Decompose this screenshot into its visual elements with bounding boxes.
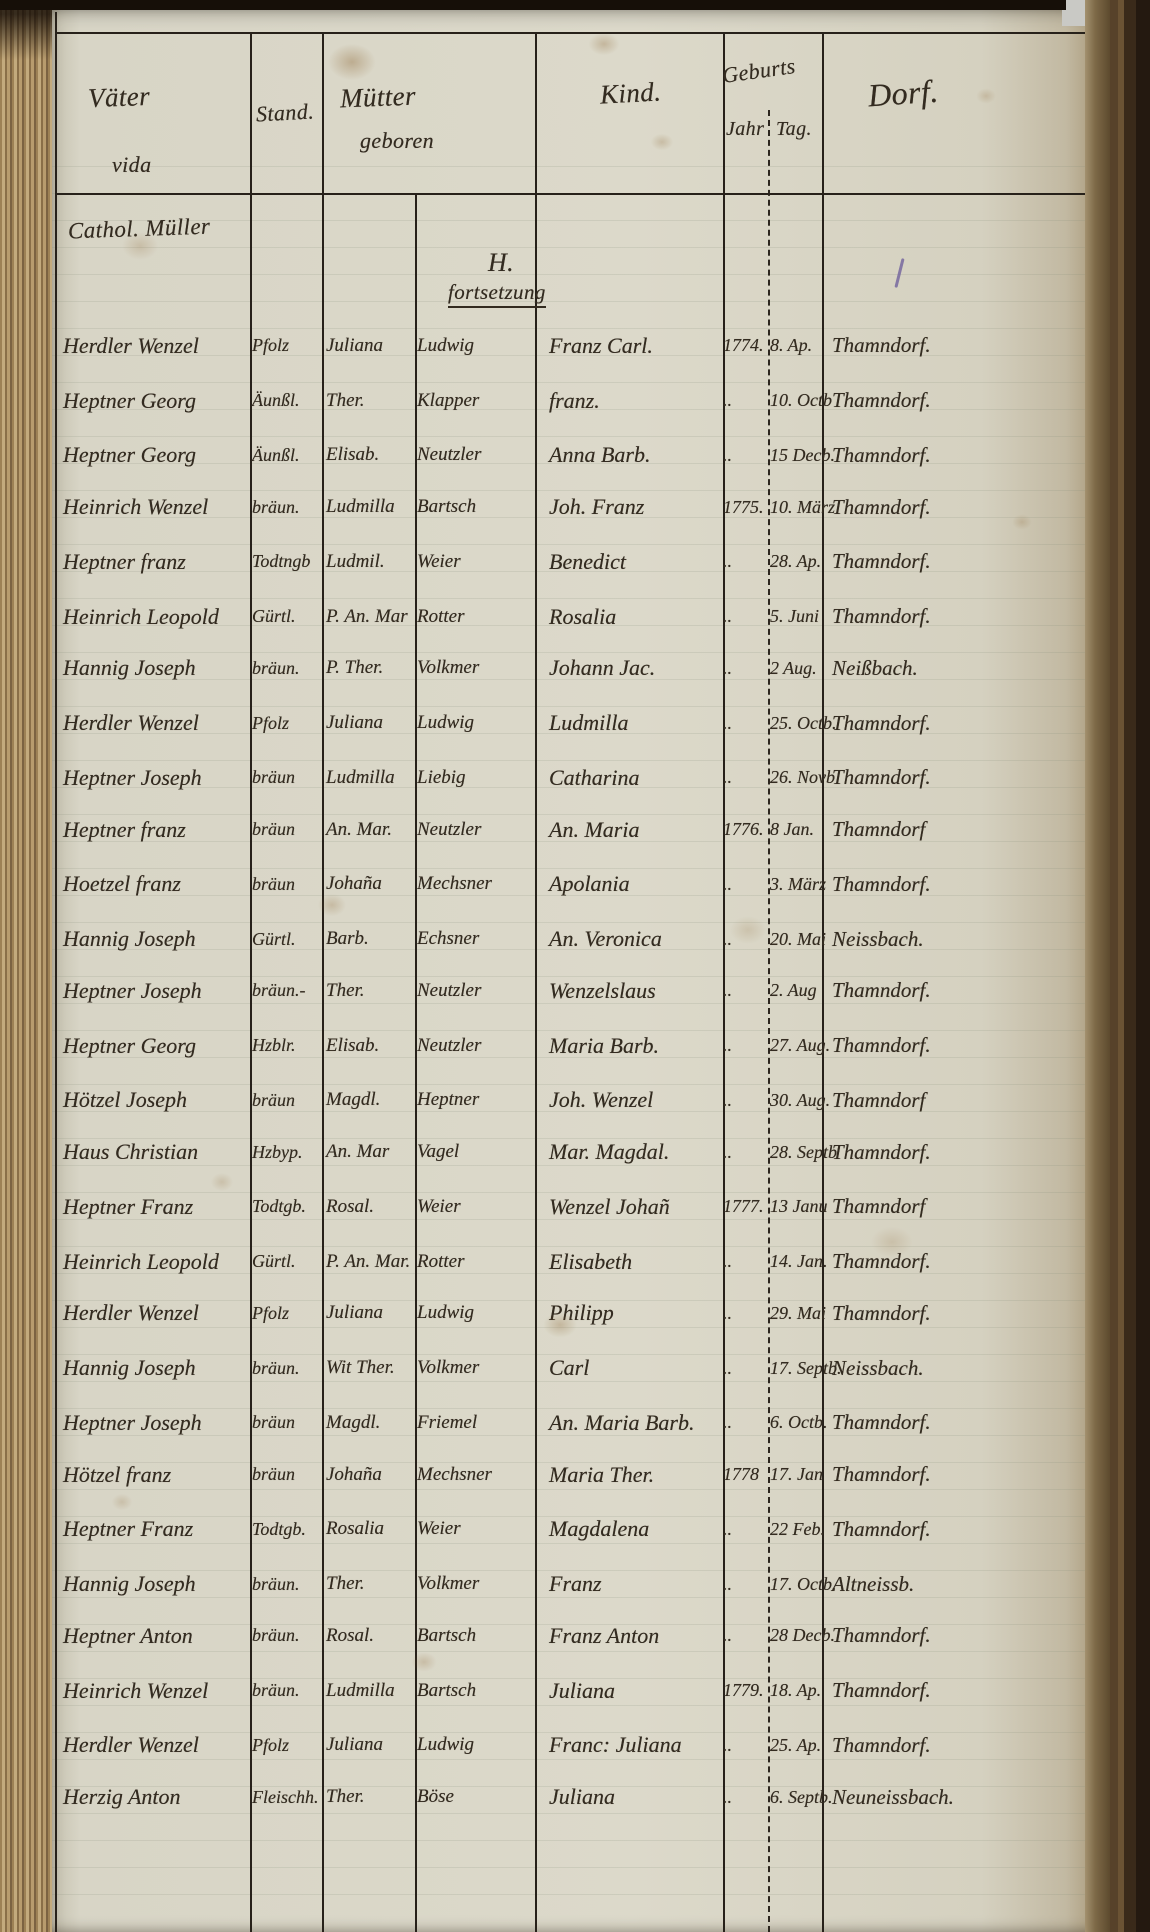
cell-mother_given: Rosalia xyxy=(322,1518,415,1540)
cell-village: Thamndorf. xyxy=(822,711,1085,736)
cell-village: Thamndorf. xyxy=(822,765,1085,790)
cell-mother_given: Rosal. xyxy=(322,1196,415,1218)
cell-stand: Pfolz xyxy=(250,335,322,356)
cell-day: 26. Novb xyxy=(768,767,822,788)
cell-mother_given: Rosal. xyxy=(322,1625,415,1647)
cell-mother_maiden: Bartsch xyxy=(415,1625,535,1647)
cell-child: Magdalena xyxy=(535,1516,723,1542)
cell-stand: bräun xyxy=(250,819,322,840)
register-row: Herdler WenzelPfolzJulianaLudwigFranc: J… xyxy=(55,1719,1085,1773)
cell-father: Herdler Wenzel xyxy=(55,710,250,736)
cell-village: Thamndorf xyxy=(822,817,1085,842)
cell-year: 1779. xyxy=(723,1680,768,1701)
cell-stand: Äunßl. xyxy=(250,445,322,466)
cell-year: .. xyxy=(723,929,768,950)
cell-child: An. Maria xyxy=(535,817,723,843)
register-row: Heptner franzTodtngbLudmil.WeierBenedict… xyxy=(55,535,1085,589)
register-row: Herdler WenzelPfolzJulianaLudwigPhilipp.… xyxy=(55,1287,1085,1341)
cell-year: .. xyxy=(723,1787,768,1808)
cell-mother_given: Magdl. xyxy=(322,1412,415,1434)
cell-stand: Todtgb. xyxy=(250,1196,322,1217)
register-rows: Herdler WenzelPfolzJulianaLudwigFranz Ca… xyxy=(55,320,1085,1825)
cell-father: Heptner Anton xyxy=(55,1623,250,1649)
cell-child: Wenzel Johañ xyxy=(535,1194,723,1220)
cell-day: 18. Ap. xyxy=(768,1680,822,1701)
cell-mother_given: An. Mar. xyxy=(322,819,415,841)
register-row: Hannig Josephbräun.Wit Ther.VolkmerCarl.… xyxy=(55,1341,1085,1395)
cell-father: Hoetzel franz xyxy=(55,871,250,897)
cell-father: Hötzel franz xyxy=(55,1462,250,1488)
register-row: Heptner GeorgÄunßl.Ther.Klapperfranz...1… xyxy=(55,374,1085,428)
cell-mother_maiden: Neutzler xyxy=(415,819,535,841)
cell-mother_maiden: Bartsch xyxy=(415,496,535,518)
cell-mother_maiden: Neutzler xyxy=(415,980,535,1002)
cell-village: Thamndorf. xyxy=(822,872,1085,897)
cell-father: Heptner franz xyxy=(55,549,250,575)
cell-child: Ludmilla xyxy=(535,710,723,736)
cell-child: Joh. Franz xyxy=(535,494,723,520)
cell-mother_maiden: Echsner xyxy=(415,928,535,950)
header-father: Väter xyxy=(87,81,150,114)
register-row: Hötzel franzbräunJohañaMechsnerMaria The… xyxy=(55,1448,1085,1502)
cell-child: Maria Barb. xyxy=(535,1033,723,1059)
cell-village: Neissbach. xyxy=(822,1356,1085,1381)
cell-stand: Pfolz xyxy=(250,1303,322,1324)
cell-day: 22 Feb. xyxy=(768,1519,822,1540)
cell-father: Heinrich Wenzel xyxy=(55,1678,250,1704)
register-row: Hannig Josephbräun.Ther.VolkmerFranz..17… xyxy=(55,1557,1085,1611)
cell-child: Elisabeth xyxy=(535,1249,723,1275)
cell-village: Thamndorf. xyxy=(822,1462,1085,1487)
cell-child: An. Maria Barb. xyxy=(535,1410,723,1436)
cell-father: Herdler Wenzel xyxy=(55,1732,250,1758)
cell-day: 10. März xyxy=(768,497,822,518)
cell-child: Franz xyxy=(535,1571,723,1597)
register-row: Hoetzel franzbräunJohañaMechsnerApolania… xyxy=(55,858,1085,912)
register-row: Herzig AntonFleischh.Ther.BöseJuliana..6… xyxy=(55,1770,1085,1824)
cell-stand: Fleischh. xyxy=(250,1787,322,1808)
cell-day: 2. Aug xyxy=(768,980,822,1001)
cell-day: 20. Mai xyxy=(768,929,822,950)
cell-day: 8. Ap. xyxy=(768,335,822,356)
cell-father: Heptner Georg xyxy=(55,1033,250,1059)
book-binding xyxy=(1110,0,1150,1932)
cell-stand: bräun xyxy=(250,874,322,895)
register-row: Hannig JosephGürtl.Barb.EchsnerAn. Veron… xyxy=(55,912,1085,966)
cell-mother_given: Juliana xyxy=(322,1302,415,1324)
cell-mother_maiden: Böse xyxy=(415,1786,535,1808)
cell-child: Catharina xyxy=(535,765,723,791)
cell-father: Heptner Joseph xyxy=(55,978,250,1004)
register-row: Heinrich LeopoldGürtl.P. An. MarRotterRo… xyxy=(55,590,1085,644)
cell-father: Heptner franz xyxy=(55,817,250,843)
cell-year: .. xyxy=(723,1358,768,1379)
cell-child: Philipp xyxy=(535,1300,723,1326)
register-row: Herdler WenzelPfolzJulianaLudwigFranz Ca… xyxy=(55,319,1085,373)
cell-village: Thamndorf. xyxy=(822,388,1085,413)
cell-stand: Gürtl. xyxy=(250,606,322,627)
cell-mother_given: Juliana xyxy=(322,1734,415,1756)
cell-village: Thamndorf. xyxy=(822,333,1085,358)
cell-father: Heptner Georg xyxy=(55,388,250,414)
scanned-register-page: Väter vida Stand. Mütter geboren Kind. G… xyxy=(0,0,1150,1932)
cell-village: Thamndorf. xyxy=(822,1517,1085,1542)
cell-mother_given: Johaña xyxy=(322,873,415,895)
cell-day: 6. Octb. xyxy=(768,1412,822,1433)
cell-year: .. xyxy=(723,1519,768,1540)
cell-year: .. xyxy=(723,445,768,466)
register-row: Heptner JosephbräunLudmillaLiebigCathari… xyxy=(55,751,1085,805)
cell-child: Franc: Juliana xyxy=(535,1732,723,1758)
cell-father: Herdler Wenzel xyxy=(55,333,250,359)
register-row: Heptner JosephbräunMagdl.FriemelAn. Mari… xyxy=(55,1396,1085,1450)
cell-village: Thamndorf. xyxy=(822,1733,1085,1758)
register-row: Heptner Antonbräun.Rosal.BartschFranz An… xyxy=(55,1609,1085,1663)
cell-mother_maiden: Rotter xyxy=(415,606,535,628)
cell-child: Juliana xyxy=(535,1678,723,1704)
cell-day: 17. Octb. xyxy=(768,1574,822,1595)
register-row: Haus ChristianHzbyp.An. MarVagelMar. Mag… xyxy=(55,1125,1085,1179)
register-row: Heinrich Wenzelbräun.LudmillaBartschJoh.… xyxy=(55,480,1085,534)
cell-father: Heptner Joseph xyxy=(55,765,250,791)
cell-village: Thamndorf. xyxy=(822,978,1085,1003)
cell-father: Hannig Joseph xyxy=(55,1355,250,1381)
cell-mother_given: Johaña xyxy=(322,1464,415,1486)
cell-father: Herdler Wenzel xyxy=(55,1300,250,1326)
cell-year: 1774. xyxy=(723,335,768,356)
cell-stand: bräun xyxy=(250,767,322,788)
cell-year: .. xyxy=(723,390,768,411)
cell-father: Heinrich Leopold xyxy=(55,604,250,630)
register-row: Heinrich Wenzelbräun.LudmillaBartschJuli… xyxy=(55,1664,1085,1718)
cell-mother_given: P. An. Mar. xyxy=(322,1251,415,1273)
cell-mother_given: Ludmil. xyxy=(322,551,415,573)
header-mother-sub: geboren xyxy=(360,128,434,154)
register-row: Heptner FranzTodtgb.RosaliaWeierMagdalen… xyxy=(55,1503,1085,1557)
cell-year: .. xyxy=(723,980,768,1001)
cell-mother_given: P. Ther. xyxy=(322,657,415,679)
cell-village: Thamndorf. xyxy=(822,1140,1085,1165)
cell-stand: bräun xyxy=(250,1090,322,1111)
cell-stand: bräun. xyxy=(250,1625,322,1646)
cell-stand: bräun xyxy=(250,1464,322,1485)
cell-child: Benedict xyxy=(535,549,723,575)
cell-father: Heptner Georg xyxy=(55,442,250,468)
cell-year: 1777. xyxy=(723,1196,768,1217)
cell-father: Herzig Anton xyxy=(55,1784,250,1810)
register-row: Herdler WenzelPfolzJulianaLudwigLudmilla… xyxy=(55,696,1085,750)
cell-year: 1776. xyxy=(723,819,768,840)
cell-father: Hannig Joseph xyxy=(55,1571,250,1597)
header-stand: Stand. xyxy=(255,98,314,127)
cell-stand: Todtgb. xyxy=(250,1519,322,1540)
cell-stand: Todtngb xyxy=(250,551,322,572)
cell-village: Altneissb. xyxy=(822,1572,1085,1597)
cell-year: .. xyxy=(723,1251,768,1272)
register-row: Heptner GeorgHzblr.Elisab.NeutzlerMaria … xyxy=(55,1019,1085,1073)
cell-stand: Hzblr. xyxy=(250,1035,322,1056)
cell-mother_given: Magdl. xyxy=(322,1089,415,1111)
cell-mother_given: Elisab. xyxy=(322,1035,415,1057)
cell-day: 25. Octb. xyxy=(768,713,822,734)
cell-father: Heinrich Leopold xyxy=(55,1249,250,1275)
cell-mother_maiden: Ludwig xyxy=(415,1302,535,1324)
cell-father: Hötzel Joseph xyxy=(55,1087,250,1113)
register-row: Hötzel JosephbräunMagdl.HeptnerJoh. Wenz… xyxy=(55,1074,1085,1128)
cell-year: .. xyxy=(723,1303,768,1324)
cell-mother_maiden: Heptner xyxy=(415,1089,535,1111)
cell-father: Heinrich Wenzel xyxy=(55,494,250,520)
cell-day: 14. Jan. xyxy=(768,1251,822,1272)
cell-mother_maiden: Liebig xyxy=(415,767,535,789)
cell-village: Thamndorf xyxy=(822,1088,1085,1113)
header-child: Kind. xyxy=(599,76,662,110)
cell-day: 25. Ap. xyxy=(768,1735,822,1756)
cell-mother_maiden: Volkmer xyxy=(415,657,535,679)
cell-village: Thamndorf. xyxy=(822,604,1085,629)
register-row: Heptner franzbräunAn. Mar.NeutzlerAn. Ma… xyxy=(55,803,1085,857)
cell-stand: bräun.- xyxy=(250,980,322,1001)
cell-child: franz. xyxy=(535,388,723,414)
cell-day: 17. Jan xyxy=(768,1464,822,1485)
cell-child: Maria Ther. xyxy=(535,1462,723,1488)
cell-stand: Gürtl. xyxy=(250,929,322,950)
cell-village: Thamndorf xyxy=(822,1194,1085,1219)
cell-child: Franz Anton xyxy=(535,1623,723,1649)
cell-day: 8 Jan. xyxy=(768,819,822,840)
cell-day: 30. Aug. xyxy=(768,1090,822,1111)
cell-mother_maiden: Klapper xyxy=(415,390,535,412)
cell-day: 28. Ap. xyxy=(768,551,822,572)
cell-year: .. xyxy=(723,606,768,627)
cell-mother_maiden: Vagel xyxy=(415,1141,535,1163)
cell-year: .. xyxy=(723,1412,768,1433)
cell-child: An. Veronica xyxy=(535,926,723,952)
cell-mother_given: Barb. xyxy=(322,928,415,950)
cell-stand: Hzbyp. xyxy=(250,1142,322,1163)
cell-stand: Äunßl. xyxy=(250,390,322,411)
register-row: Heinrich LeopoldGürtl.P. An. Mar.RotterE… xyxy=(55,1235,1085,1289)
cell-father: Haus Christian xyxy=(55,1139,250,1165)
cell-stand: bräun xyxy=(250,1412,322,1433)
cell-village: Neuneissbach. xyxy=(822,1785,1085,1810)
cell-year: .. xyxy=(723,1625,768,1646)
header-village: Dorf. xyxy=(867,73,940,115)
table-line-top xyxy=(55,32,1085,34)
cell-mother_maiden: Neutzler xyxy=(415,444,535,466)
cell-child: Rosalia xyxy=(535,604,723,630)
cell-mother_maiden: Friemel xyxy=(415,1412,535,1434)
cell-father: Hannig Joseph xyxy=(55,926,250,952)
cell-day: 15 Decb. xyxy=(768,445,822,466)
cell-village: Thamndorf. xyxy=(822,549,1085,574)
cell-stand: bräun. xyxy=(250,497,322,518)
cell-mother_given: P. An. Mar xyxy=(322,606,415,628)
cell-child: Carl xyxy=(535,1355,723,1381)
cell-village: Thamndorf. xyxy=(822,1301,1085,1326)
register-row: Heptner FranzTodtgb.Rosal.WeierWenzel Jo… xyxy=(55,1180,1085,1234)
cell-year: 1775. xyxy=(723,497,768,518)
cell-mother_maiden: Volkmer xyxy=(415,1573,535,1595)
cell-mother_maiden: Mechsner xyxy=(415,1464,535,1486)
cell-day: 17. Septb. xyxy=(768,1358,822,1379)
section-center-continuation: fortsetzung xyxy=(448,280,546,308)
cell-village: Thamndorf. xyxy=(822,443,1085,468)
cell-stand: bräun. xyxy=(250,1574,322,1595)
cell-day: 27. Aug. xyxy=(768,1035,822,1056)
header-birth-year: Jahr xyxy=(726,118,764,141)
cell-child: Juliana xyxy=(535,1784,723,1810)
register-row: Heptner GeorgÄunßl.Elisab.NeutzlerAnna B… xyxy=(55,429,1085,483)
cell-mother_given: Ludmilla xyxy=(322,496,415,518)
cell-mother_given: Ludmilla xyxy=(322,767,415,789)
cell-child: Joh. Wenzel xyxy=(535,1087,723,1113)
page-top-shadow xyxy=(0,0,1066,10)
page-curl-edge xyxy=(1085,0,1110,1932)
cell-village: Thamndorf. xyxy=(822,1678,1085,1703)
cell-mother_given: Wit Ther. xyxy=(322,1357,415,1379)
cell-day: 3. März xyxy=(768,874,822,895)
cell-year: .. xyxy=(723,551,768,572)
cell-mother_maiden: Weier xyxy=(415,1196,535,1218)
cell-year: .. xyxy=(723,1735,768,1756)
cell-mother_maiden: Weier xyxy=(415,551,535,573)
cell-mother_maiden: Rotter xyxy=(415,1251,535,1273)
cell-year: .. xyxy=(723,1574,768,1595)
cell-father: Hannig Joseph xyxy=(55,655,250,681)
cell-mother_given: Ther. xyxy=(322,1573,415,1595)
register-row: Hannig Josephbräun.P. Ther.VolkmerJohann… xyxy=(55,642,1085,696)
cell-year: .. xyxy=(723,1035,768,1056)
cell-stand: Pfolz xyxy=(250,1735,322,1756)
cell-mother_maiden: Ludwig xyxy=(415,712,535,734)
cell-village: Neißbach. xyxy=(822,656,1085,681)
cell-stand: bräun. xyxy=(250,1358,322,1379)
cell-mother_given: Ludmilla xyxy=(322,1680,415,1702)
cell-village: Thamndorf. xyxy=(822,1033,1085,1058)
cell-child: Johann Jac. xyxy=(535,655,723,681)
cell-day: 28 Decb. xyxy=(768,1625,822,1646)
cell-mother_maiden: Bartsch xyxy=(415,1680,535,1702)
cell-year: .. xyxy=(723,713,768,734)
cell-child: Franz Carl. xyxy=(535,333,723,359)
cell-child: Wenzelslaus xyxy=(535,978,723,1004)
book-fore-edge xyxy=(0,0,52,1932)
cell-mother_given: Juliana xyxy=(322,712,415,734)
cell-year: .. xyxy=(723,658,768,679)
cell-village: Neissbach. xyxy=(822,927,1085,952)
cell-mother_maiden: Mechsner xyxy=(415,873,535,895)
cell-day: 10. Octb xyxy=(768,390,822,411)
cell-mother_given: An. Mar xyxy=(322,1141,415,1163)
header-birth-day: Tag. xyxy=(776,118,812,141)
cell-stand: bräun. xyxy=(250,1680,322,1701)
cell-year: 1778 xyxy=(723,1464,768,1485)
cell-village: Thamndorf. xyxy=(822,1249,1085,1274)
cell-day: 29. Mai xyxy=(768,1303,822,1324)
cell-stand: Pfolz xyxy=(250,713,322,734)
cell-mother_given: Ther. xyxy=(322,1786,415,1808)
cell-mother_given: Juliana xyxy=(322,335,415,357)
table-line-header-bottom xyxy=(55,193,1085,195)
cell-stand: bräun. xyxy=(250,658,322,679)
cell-village: Thamndorf. xyxy=(822,1410,1085,1435)
cell-village: Thamndorf. xyxy=(822,495,1085,520)
cell-child: Anna Barb. xyxy=(535,442,723,468)
cell-year: .. xyxy=(723,767,768,788)
cell-father: Heptner Franz xyxy=(55,1194,250,1220)
cell-village: Thamndorf. xyxy=(822,1623,1085,1648)
cell-day: 6. Septb. xyxy=(768,1787,822,1808)
cell-father: Heptner Joseph xyxy=(55,1410,250,1436)
cell-mother_maiden: Weier xyxy=(415,1518,535,1540)
cell-mother_given: Elisab. xyxy=(322,444,415,466)
section-center-initial: H. xyxy=(488,248,514,278)
section-left-label: Cathol. Müller xyxy=(68,214,211,245)
cell-father: Heptner Franz xyxy=(55,1516,250,1542)
header-mother: Mütter xyxy=(339,81,416,115)
header-father-sub: vida xyxy=(112,152,151,178)
cell-child: Apolania xyxy=(535,871,723,897)
cell-mother_maiden: Ludwig xyxy=(415,335,535,357)
cell-mother_maiden: Ludwig xyxy=(415,1734,535,1756)
cell-day: 2 Aug. xyxy=(768,658,822,679)
cell-stand: Gürtl. xyxy=(250,1251,322,1272)
cell-mother_maiden: Volkmer xyxy=(415,1357,535,1379)
cell-year: .. xyxy=(723,1142,768,1163)
register-row: Heptner Josephbräun.-Ther.NeutzlerWenzel… xyxy=(55,964,1085,1018)
cell-day: 28. Septb xyxy=(768,1142,822,1163)
cell-day: 5. Juni xyxy=(768,606,822,627)
cell-mother_given: Ther. xyxy=(322,390,415,412)
cell-child: Mar. Magdal. xyxy=(535,1139,723,1165)
cell-mother_given: Ther. xyxy=(322,980,415,1002)
cell-year: .. xyxy=(723,1090,768,1111)
cell-mother_maiden: Neutzler xyxy=(415,1035,535,1057)
cell-year: .. xyxy=(723,874,768,895)
cell-day: 13 Janu xyxy=(768,1196,822,1217)
